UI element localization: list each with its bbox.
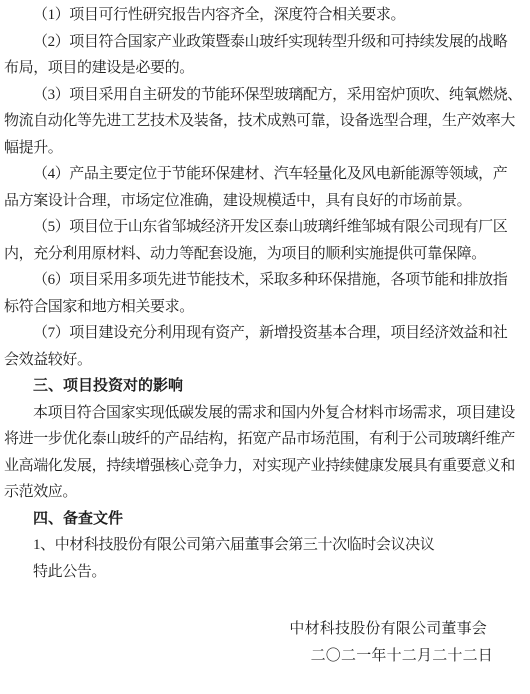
text-line: 1、中材科技股份有限公司第六届董事会第三十次临时会议决议 [4, 532, 527, 559]
text-line: 内，充分利用原材料、动力等配套设施，为项目的顺利实施提供可靠保障。 [4, 241, 527, 268]
text-line: 品方案设计合理，市场定位准确，建设规模适中，具有良好的市场前景。 [4, 188, 527, 215]
text-line: （1）项目可行性研究报告内容齐全，深度符合相关要求。 [4, 2, 527, 29]
text-line: （2）项目符合国家产业政策暨泰山玻纤实现转型升级和可持续发展的战略 [4, 29, 527, 56]
text-line: 物流自动化等先进工艺技术及装备，技术成熟可靠，设备选型合理，生产效率大 [4, 108, 527, 135]
text-line: 会效益较好。 [4, 347, 527, 374]
text-line: 幅提升。 [4, 135, 527, 162]
text-line: 布局，项目的建设是必要的。 [4, 55, 527, 82]
text-line: 业高端化发展，持续增强核心竞争力，对实现产业持续健康发展具有重要意义和 [4, 453, 527, 480]
text-line: （4）产品主要定位于节能环保建材、汽车轻量化及风电新能源等领域，产 [4, 161, 527, 188]
text-line: （3）项目采用自主研发的节能环保型玻璃配方，采用窑炉顶吹、纯氧燃烧、 [4, 82, 527, 109]
text-line: 将进一步优化泰山玻纤的产品结构，拓宽产品市场范围，有利于公司玻璃纤维产 [4, 426, 527, 453]
document-page: （1）项目可行性研究报告内容齐全，深度符合相关要求。（2）项目符合国家产业政策暨… [0, 0, 530, 694]
section-heading: 四、备查文件 [4, 506, 527, 533]
text-line: （7）项目建设充分利用现有资产，新增投资基本合理，项目经济效益和社 [4, 320, 527, 347]
signature-block: 中材科技股份有限公司董事会 二〇二一年十二月二十二日 [0, 616, 530, 669]
section-heading: 三、项目投资对的影响 [4, 373, 527, 400]
text-line: 特此公告。 [4, 559, 527, 586]
text-line: （6）项目采用多项先进节能技术，采取多种环保措施，各项节能和排放指 [4, 267, 527, 294]
text-line: （5）项目位于山东省邹城经济开发区泰山玻璃纤维邹城有限公司现有厂区 [4, 214, 527, 241]
text-line: 示范效应。 [4, 479, 527, 506]
signature-date: 二〇二一年十二月二十二日 [0, 643, 493, 670]
signature-company: 中材科技股份有限公司董事会 [0, 616, 487, 643]
text-line: 标符合国家和地方相关要求。 [4, 294, 527, 321]
text-line: 本项目符合国家实现低碳发展的需求和国内外复合材料市场需求，项目建设 [4, 400, 527, 427]
document-body: （1）项目可行性研究报告内容齐全，深度符合相关要求。（2）项目符合国家产业政策暨… [0, 0, 530, 585]
